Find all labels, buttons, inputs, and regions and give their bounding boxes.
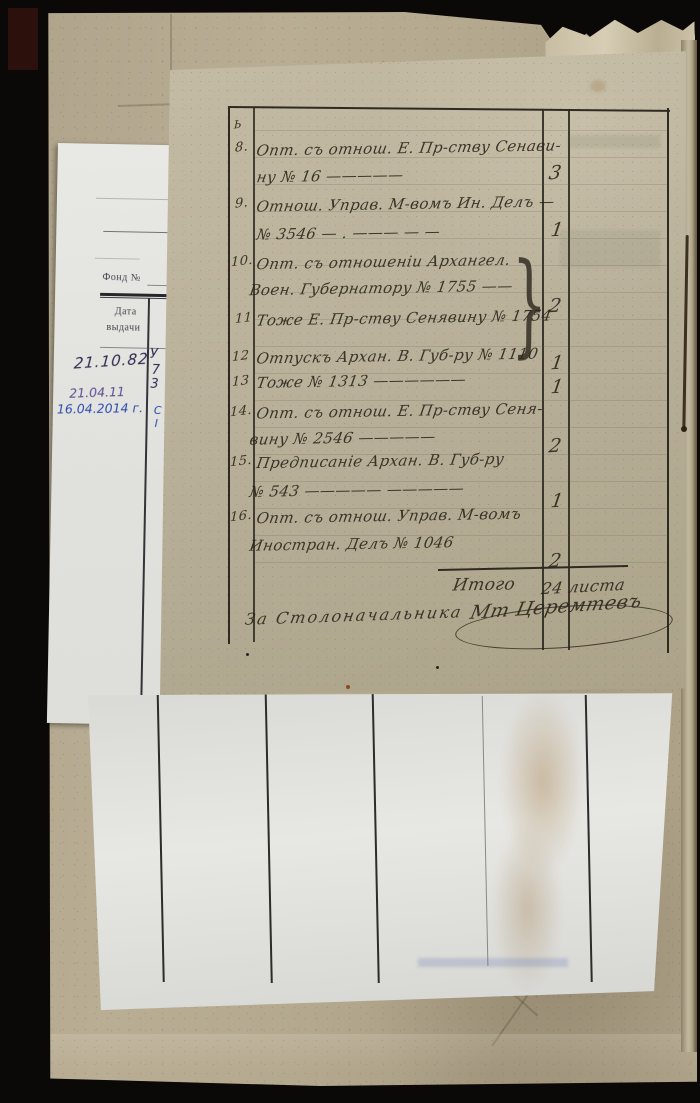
- form-rule: [103, 231, 171, 233]
- sheet-count: 2: [547, 550, 563, 573]
- entry-line: № 543 ————— —————: [248, 479, 465, 501]
- ghost-stamp: [568, 135, 660, 148]
- date-column-header: выдачи: [106, 322, 140, 334]
- fond-label: Фонд №: [102, 272, 141, 284]
- column-fragment: 3: [150, 377, 159, 392]
- column-fragment: 7: [152, 363, 161, 378]
- inventory-sheet: Ь 8. 9. 10. 11 12 13 14. 15. 16. Опт. съ…: [160, 50, 686, 695]
- ink-dot: [246, 653, 249, 656]
- row-number: 9.: [235, 195, 249, 211]
- column-line: [265, 694, 273, 983]
- ruled-columns: [85, 690, 678, 1012]
- column-fragment: С: [154, 404, 162, 417]
- sheet-count: 2: [547, 435, 563, 458]
- brace-mark: }: [511, 248, 548, 361]
- column-line-faint: [482, 696, 489, 966]
- column-line: [157, 695, 165, 982]
- row-number: 14.: [230, 403, 252, 421]
- handwritten-date: 21.10.82: [73, 349, 149, 372]
- column-line: [585, 695, 593, 982]
- fold-highlight: [47, 1034, 697, 1074]
- crease-line: [170, 14, 172, 72]
- form-rule: [95, 258, 140, 260]
- entry-line: Иностран. Делъ № 1046: [248, 533, 455, 555]
- thread-knot: [681, 426, 687, 432]
- show-through-text: [418, 958, 568, 967]
- entry-line: вину № 2546 —————: [248, 427, 437, 448]
- row-number: 15.: [230, 453, 252, 471]
- blank-ruled-sheet: [88, 690, 674, 1012]
- row-number: 10.: [231, 253, 253, 271]
- rust-speck: [346, 685, 350, 689]
- row-number: 12: [232, 348, 250, 365]
- ink-dot: [436, 666, 439, 669]
- row-number: 13: [232, 373, 250, 390]
- total-label: Итого: [451, 574, 516, 595]
- row-number: 16.: [230, 508, 252, 526]
- stain: [590, 80, 606, 92]
- entry-line: № 3546 — . ——— — —: [255, 222, 441, 243]
- book-spine-corner: [8, 8, 38, 70]
- date-column-header: Дата: [115, 306, 137, 317]
- column-fragment: У: [150, 347, 158, 362]
- sheet-count: 2: [547, 295, 563, 318]
- ghost-stamp: [560, 230, 660, 268]
- handwritten-date: 16.04.2014 г.: [57, 400, 143, 416]
- form-rule: [96, 198, 169, 200]
- entry-line: ну № 16 —————: [255, 166, 405, 187]
- entry-line: Тоже № 1313 ——————: [255, 370, 467, 392]
- stain: [583, 12, 591, 18]
- corner-mark: Ь: [234, 118, 242, 132]
- column-fragment: І: [155, 417, 158, 430]
- row-number: 11: [235, 310, 253, 327]
- table-left-border: [228, 106, 230, 644]
- row-number: 8.: [235, 139, 249, 155]
- archive-photo: Фонд № Дата выдачи 21.10.82 У 7 3 21.04.…: [0, 0, 700, 1103]
- handwritten-date: 21.04.11: [69, 384, 125, 401]
- column-line: [372, 694, 380, 983]
